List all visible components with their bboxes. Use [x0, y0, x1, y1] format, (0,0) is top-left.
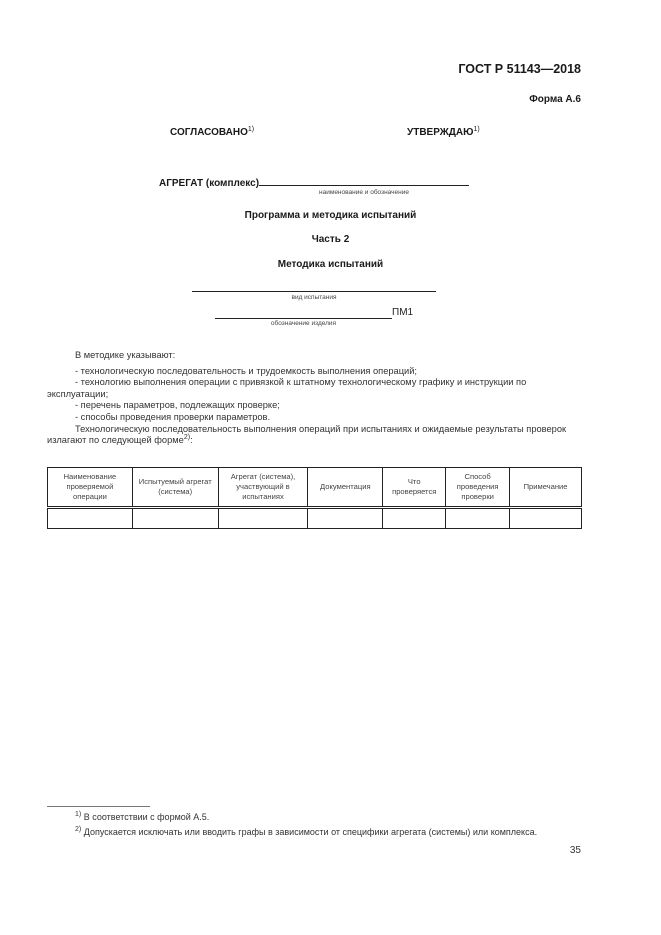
- table-cell: [218, 508, 308, 529]
- footnote-mark: 2): [75, 826, 81, 833]
- standard-number: ГОСТ Р 51143—2018: [458, 62, 581, 76]
- list-item: - способы проведения проверки параметров…: [47, 412, 582, 424]
- column-header: Наименование проверяемой операции: [48, 468, 133, 508]
- footnote-text: В соответствии с формой А.5.: [84, 812, 210, 822]
- approved-label: УТВЕРЖДАЮ1): [407, 127, 480, 138]
- closing-paragraph: Технологическую последовательность выпол…: [47, 424, 582, 447]
- product-blank-line: [215, 318, 392, 319]
- column-header: Что проверяется: [383, 468, 446, 508]
- aggregate-field: АГРЕГАТ (комплекс): [159, 176, 469, 189]
- approved-text: УТВЕРЖДАЮ: [407, 127, 473, 138]
- closing-punct: :: [190, 435, 193, 445]
- aggregate-blank-line: [259, 176, 469, 186]
- table-cell: [446, 508, 510, 529]
- table-cell: [132, 508, 218, 529]
- form-label: Форма А.6: [529, 94, 581, 105]
- footnote-ref: 1): [248, 126, 254, 133]
- test-type-caption: вид испытания: [192, 294, 436, 301]
- column-header: Примечание: [510, 468, 582, 508]
- list-item: - технологию выполнения операции с привя…: [47, 377, 582, 400]
- test-type-blank-line: [192, 291, 436, 292]
- table-cell: [308, 508, 383, 529]
- table-cell: [510, 508, 582, 529]
- footnote-ref: 1): [473, 126, 479, 133]
- footnote: 1) В соответствии с формой А.5.: [75, 812, 209, 822]
- column-header: Испытуемый агрегат (система): [132, 468, 218, 508]
- list-item: - технологическую последовательность и т…: [47, 366, 582, 378]
- footnote-divider: [47, 806, 150, 807]
- aggregate-caption: наименование и обозначение: [258, 189, 470, 196]
- footnote: 2) Допускается исключать или вводить гра…: [75, 827, 537, 837]
- intro-paragraph: В методике указывают:: [47, 350, 582, 362]
- aggregate-label: АГРЕГАТ (комплекс): [159, 178, 259, 189]
- table-cell: [383, 508, 446, 529]
- agreed-text: СОГЛАСОВАНО: [170, 127, 248, 138]
- footnote-text: Допускается исключать или вводить графы …: [84, 827, 537, 837]
- table-header-row: Наименование проверяемой операции Испыту…: [48, 468, 582, 508]
- table-cell: [48, 508, 133, 529]
- list-item: - перечень параметров, подлежащих провер…: [47, 400, 582, 412]
- part-title: Часть 2: [0, 234, 661, 245]
- footnote-mark: 1): [75, 811, 81, 818]
- product-suffix: ПМ1: [392, 307, 413, 318]
- page-number: 35: [570, 845, 581, 856]
- column-header: Агрегат (система), участвующий в испытан…: [218, 468, 308, 508]
- closing-text: Технологическую последовательность выпол…: [47, 424, 566, 446]
- column-header: Документация: [308, 468, 383, 508]
- method-title: Методика испытаний: [0, 259, 661, 270]
- program-title: Программа и методика испытаний: [0, 210, 661, 221]
- agreed-label: СОГЛАСОВАНО1): [170, 127, 254, 138]
- table-row: [48, 508, 582, 529]
- product-caption: обозначение изделия: [215, 320, 392, 327]
- body-text: В методике указывают: - технологическую …: [47, 350, 582, 447]
- operations-table: Наименование проверяемой операции Испыту…: [47, 467, 582, 529]
- column-header: Способ проведения проверки: [446, 468, 510, 508]
